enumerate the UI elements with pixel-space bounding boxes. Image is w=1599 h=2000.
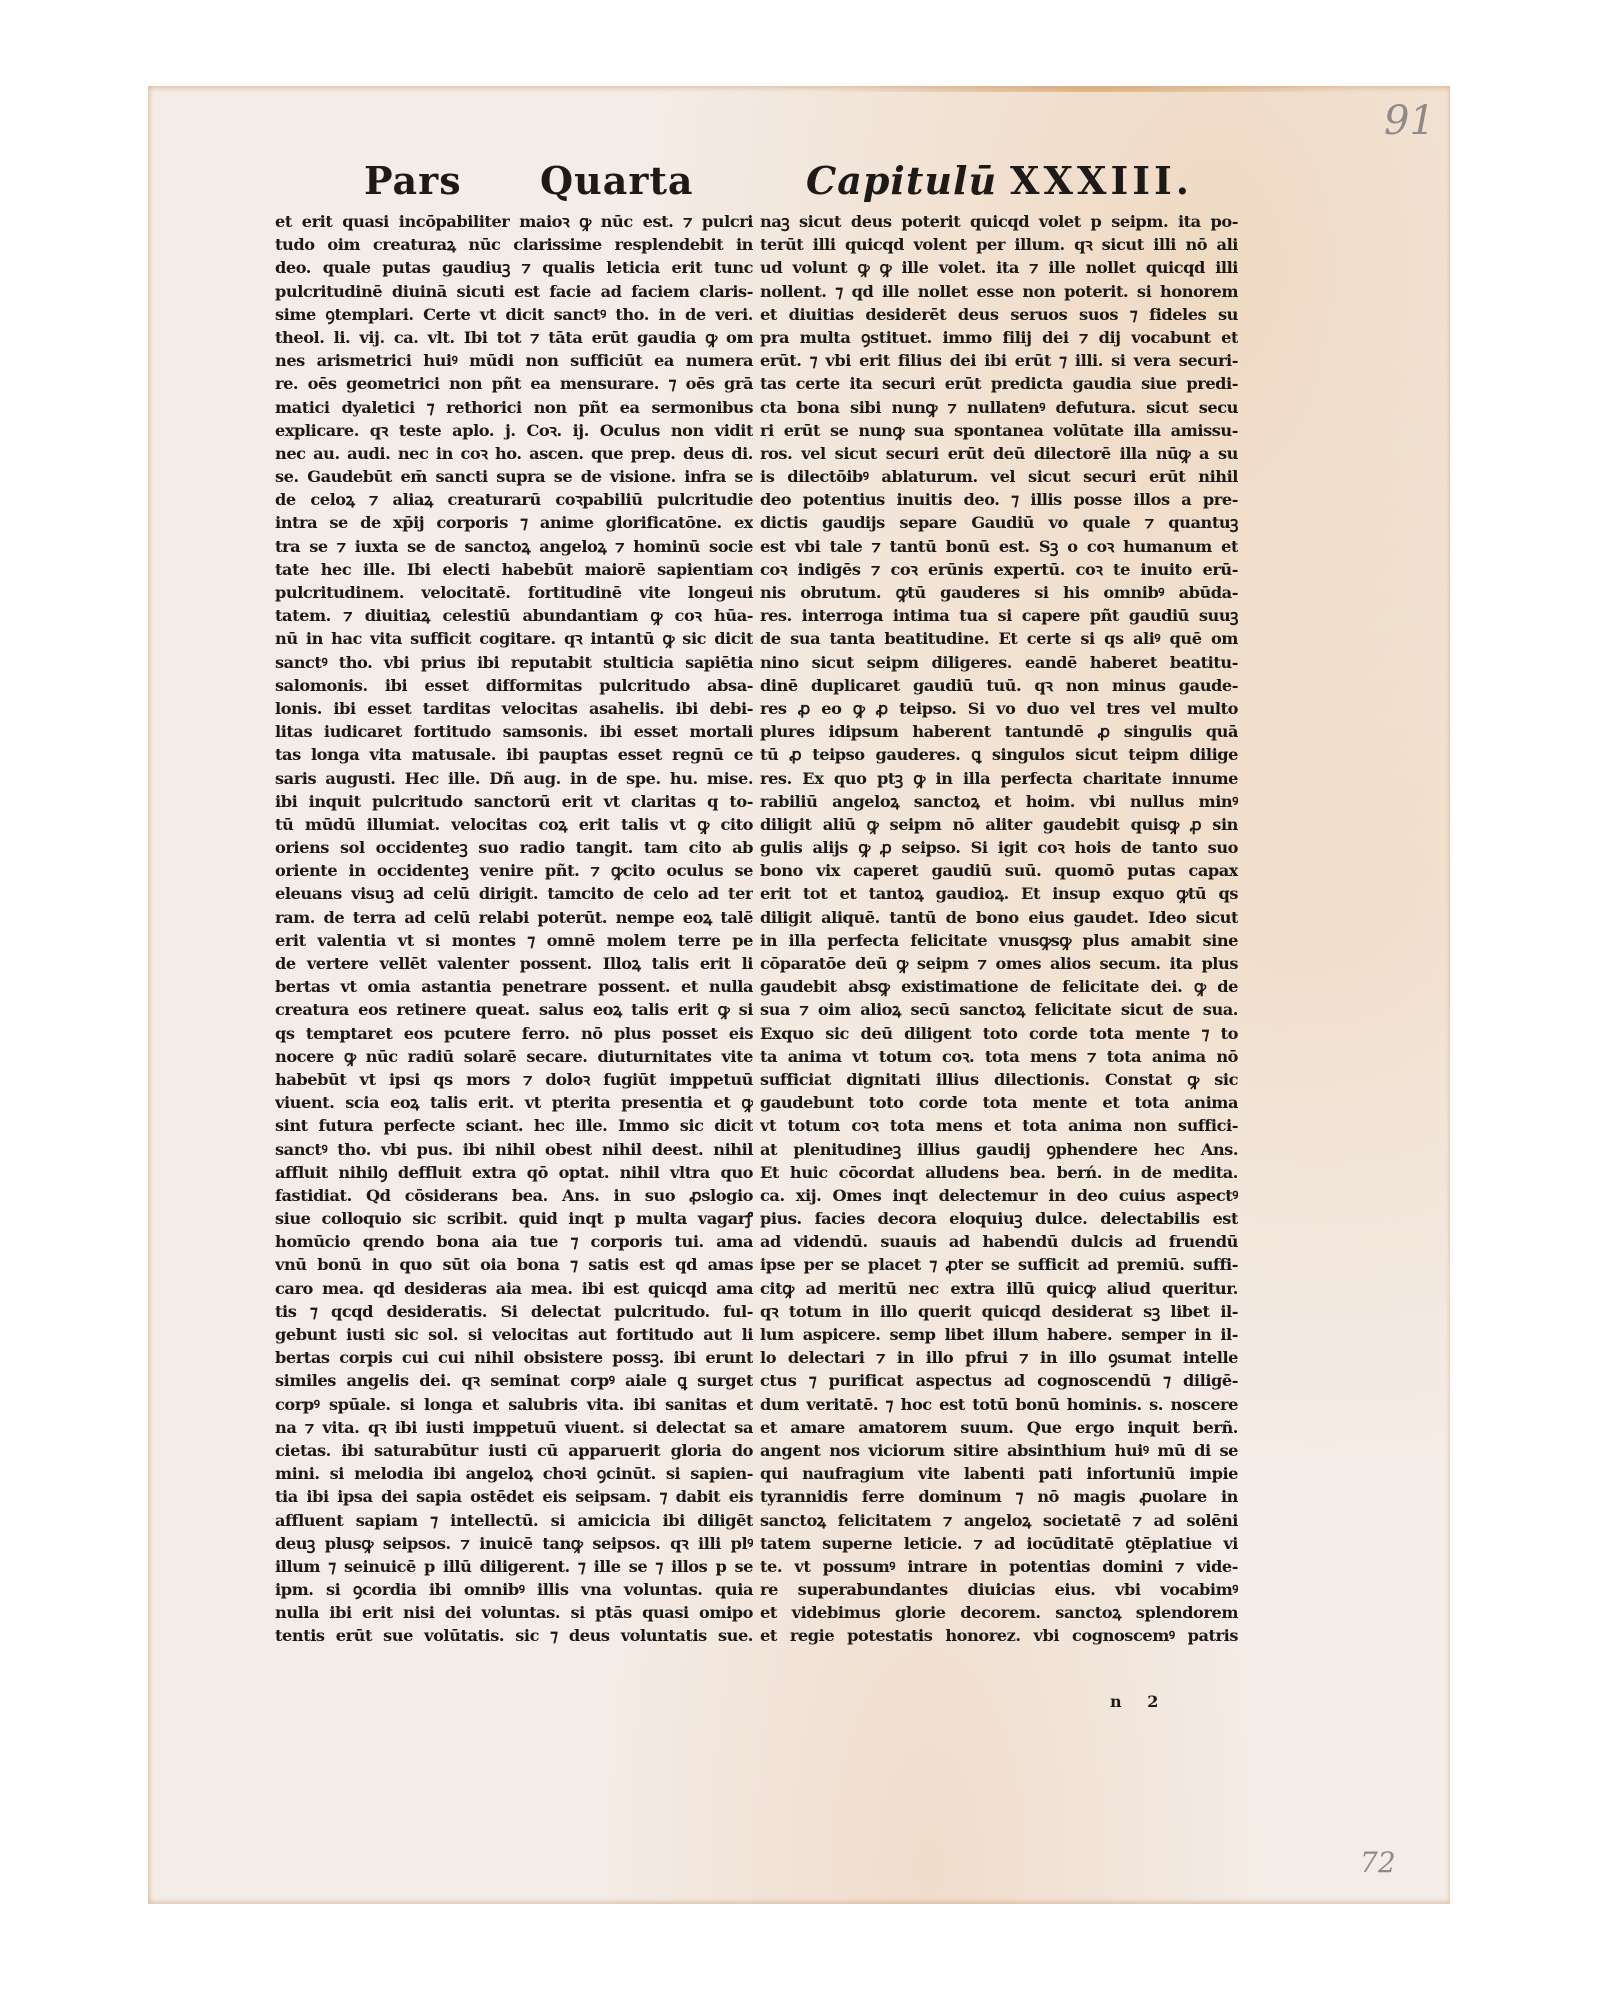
text-line: res. interroga intima tua si capere pñt … xyxy=(760,604,1238,627)
text-line: de vertere vellēt valenter possent. Illo… xyxy=(275,952,753,975)
text-line: est vbi tale ⁊ tantū bonū est. Sꝫ o coꝛ … xyxy=(760,535,1238,558)
text-line: sufficiat dignitati illius dilectionis. … xyxy=(760,1068,1238,1091)
text-line: litas iudicaret fortitudo samsonis. ibi … xyxy=(275,720,753,743)
text-line: dum veritatē. ⁊ hoc est totū bonū homini… xyxy=(760,1393,1238,1416)
text-line: bertas vt omia astantia penetrare possen… xyxy=(275,975,753,998)
text-line: sint futura perfecte sciant. hec ille. I… xyxy=(275,1114,753,1137)
text-line: tas longa vita matusale. ibi pauptas ess… xyxy=(275,743,753,766)
text-line: fastidiat. Qd cōsiderans bea. Ans. in su… xyxy=(275,1184,753,1207)
text-line: bertas corpis cui cui nihil obsistere po… xyxy=(275,1346,753,1369)
running-head: Pars Quarta Capitulū XXXIII. xyxy=(148,158,1450,218)
text-line: et videbimus glorie decorem. sanctoꝝ spl… xyxy=(760,1601,1238,1624)
text-line: pius. facies decora eloquiuꝫ dulce. dele… xyxy=(760,1207,1238,1230)
text-line: qs temptaret eos pcutere ferro. nō plus … xyxy=(275,1022,753,1045)
text-line: saris augusti. Hec ille. Dñ aug. in de s… xyxy=(275,767,753,790)
text-line: nino sicut seipm diligeres. eandē habere… xyxy=(760,651,1238,674)
text-line: diligit aliū ꝙ seipm nō aliter gaudebit … xyxy=(760,813,1238,836)
text-line: caro mea. qd desideras aia mea. ibi est … xyxy=(275,1277,753,1300)
text-line: lonis. ibi esset tarditas velocitas asah… xyxy=(275,697,753,720)
text-line: tas certe ita securi erūt predicta gaudi… xyxy=(760,372,1238,395)
text-line: sanctꝰ tho. vbi prius ibi reputabit stul… xyxy=(275,651,753,674)
text-line: ibi inquit pulcritudo sanctorū erit vt c… xyxy=(275,790,753,813)
text-line: gebunt iusti sic sol. si velocitas aut f… xyxy=(275,1323,753,1346)
text-line: nec au. audi. nec in coꝛ ho. ascen. que … xyxy=(275,442,753,465)
text-line: na ⁊ vita. qꝛ ibi iusti imppetuū viuent.… xyxy=(275,1416,753,1439)
text-line: affluit nihilꝯ deffluit extra qō optat. … xyxy=(275,1161,753,1184)
text-line: tudo oim creaturaꝝ nūc clarissime resple… xyxy=(275,233,753,256)
text-line: nes arismetrici huiꝰ mūdi non sufficiūt … xyxy=(275,349,753,372)
text-line: erit tot et tantoꝝ gaudioꝝ. Et insup exq… xyxy=(760,882,1238,905)
text-line: de sua tanta beatitudine. Et certe si qs… xyxy=(760,627,1238,650)
text-line: erit valentia vt si montes ⁊ omnē molem … xyxy=(275,929,753,952)
text-line: ipm. si ꝯcordia ibi omnibꝰ illis vna vol… xyxy=(275,1578,753,1601)
text-line: Et huic cōcordat alludens bea. berń. in … xyxy=(760,1161,1238,1184)
text-line: cta bona sibi nunꝙ ⁊ nullatenꝰ defutura.… xyxy=(760,396,1238,419)
text-line: illum ⁊ seinuicē p illū diligerent. ⁊ il… xyxy=(275,1555,753,1578)
text-line: pra multa ꝯstituet. immo filij dei ⁊ dij… xyxy=(760,326,1238,349)
text-line: tyrannidis ferre dominum ⁊ nō magis ꝓuol… xyxy=(760,1485,1238,1508)
text-line: tentis erūt sue volūtatis. sic ⁊ deus vo… xyxy=(275,1624,753,1647)
text-line: ctus ⁊ purificat aspectus ad cognoscendū… xyxy=(760,1369,1238,1392)
text-line: sime ꝯtemplari. Certe vt dicit sanctꝰ th… xyxy=(275,303,753,326)
running-head-part-number: Quarta xyxy=(540,158,694,203)
text-line: nū in hac vita sufficit cogitare. qꝛ int… xyxy=(275,627,753,650)
text-line: siue colloquio sic scribit. quid inqt p … xyxy=(275,1207,753,1230)
text-line: mini. si melodia ibi angeloꝝ choꝛi ꝯcinū… xyxy=(275,1462,753,1485)
text-line: dictis gaudijs separe Gaudiū vo quale ⁊ … xyxy=(760,511,1238,534)
running-head-chapter: Capitulū xyxy=(806,158,997,203)
text-line: sua ⁊ oim alioꝝ secū sanctoꝝ felicitate … xyxy=(760,998,1238,1021)
text-line: res ꝓ eo ꝙ ꝓ teipso. Si vo duo vel tres … xyxy=(760,697,1238,720)
running-head-part: Pars xyxy=(364,158,462,203)
text-column-right: naꝫ sicut deus poterit quicqd volet p se… xyxy=(760,210,1238,1648)
text-line: nulla ibi erit nisi dei voluntas. si ptā… xyxy=(275,1601,753,1624)
text-line: theol. li. vij. ca. vlt. Ibi tot ⁊ tāta … xyxy=(275,326,753,349)
text-line: te. vt possumꝰ intrare in potentias domi… xyxy=(760,1555,1238,1578)
text-line: citꝙ ad meritū nec extra illū quicꝙ aliu… xyxy=(760,1277,1238,1300)
text-line: plures idipsum haberent tantundē ꝓ singu… xyxy=(760,720,1238,743)
text-line: oriente in occidenteꝫ venire pñt. ⁊ ꝙcit… xyxy=(275,859,753,882)
text-line: similes angelis dei. qꝛ seminat corpꝰ ai… xyxy=(275,1369,753,1392)
text-line: tatem superne leticie. ⁊ ad iocūditatē ꝯ… xyxy=(760,1532,1238,1555)
text-line: et amare amatorem suum. Que ergo inquit … xyxy=(760,1416,1238,1439)
text-line: tis ⁊ qcqd desideratis. Si delectat pulc… xyxy=(275,1300,753,1323)
text-line: eleuans visuꝫ ad celū dirigit. tamcito d… xyxy=(275,882,753,905)
text-line: ri erūt se nunꝙ sua spontanea volūtate i… xyxy=(760,419,1238,442)
text-line: sanctoꝝ felicitatem ⁊ angeloꝝ societatē … xyxy=(760,1509,1238,1532)
top-edge-stain xyxy=(828,86,1348,92)
text-line: se. Gaudebūt em̄ sancti supra se de visi… xyxy=(275,465,753,488)
text-line: corpꝰ spūale. si longa et salubris vita.… xyxy=(275,1393,753,1416)
text-line: at plenitudineꝫ illius gaudij ꝯphendere … xyxy=(760,1138,1238,1161)
text-line: Exquo sic deū diligent toto corde tota m… xyxy=(760,1022,1238,1045)
text-line: ram. de terra ad celū relabi poterūt. ne… xyxy=(275,906,753,929)
text-line: viuent. scia eoꝝ talis erit. vt pterita … xyxy=(275,1091,753,1114)
text-line: gaudebit absꝙ existimatione de felicitat… xyxy=(760,975,1238,998)
text-line: qui naufragium vite labenti pati infortu… xyxy=(760,1462,1238,1485)
text-line: ipse per se placet ⁊ ꝓter se sufficit ad… xyxy=(760,1253,1238,1276)
text-line: et diuitias desiderēt deus seruos suos ⁊… xyxy=(760,303,1238,326)
text-column-left: et erit quasi incōpabiliter maioꝛ ꝙ nūc … xyxy=(275,210,753,1648)
text-line: tia ibi ipsa dei sapia ostēdet eis seips… xyxy=(275,1485,753,1508)
text-line: tatem. ⁊ diuitiaꝝ celestiū abundantiam ꝙ… xyxy=(275,604,753,627)
text-line: ad videndū. suauis ad habendū dulcis ad … xyxy=(760,1230,1238,1253)
text-line: et erit quasi incōpabiliter maioꝛ ꝙ nūc … xyxy=(275,210,753,233)
text-line: intra se de xp̄ij corporis ⁊ anime glori… xyxy=(275,511,753,534)
text-line: naꝫ sicut deus poterit quicqd volet p se… xyxy=(760,210,1238,233)
text-line: ca. xij. Omes inqt delectemur in deo cui… xyxy=(760,1184,1238,1207)
text-line: nollent. ⁊ qd ille nollet esse non poter… xyxy=(760,280,1238,303)
text-line: affluent sapiam ⁊ intellectū. si amicici… xyxy=(275,1509,753,1532)
text-line: sanctꝰ tho. vbi pus. ibi nihil obest nih… xyxy=(275,1138,753,1161)
text-line: is dilectōibꝰ ablaturum. vel sicut secur… xyxy=(760,465,1238,488)
text-line: tū ꝓ teipso gauderes. ꝗ singulos sicut t… xyxy=(760,743,1238,766)
text-line: qꝛ totum in illo querit quicqd desiderat… xyxy=(760,1300,1238,1323)
text-line: in illa perfecta felicitate vnusꝙsꝙ plus… xyxy=(760,929,1238,952)
text-line: res. Ex quo ptꝫ ꝙ in illa perfecta chari… xyxy=(760,767,1238,790)
text-line: tū mūdū illumiat. velocitas coꝝ erit tal… xyxy=(275,813,753,836)
text-line: de celoꝝ ⁊ aliaꝝ creaturarū coꝛpabiliū p… xyxy=(275,488,753,511)
text-line: tra se ⁊ iuxta se de sanctoꝝ angeloꝝ ⁊ h… xyxy=(275,535,753,558)
manuscript-page: 91 Pars Quarta Capitulū XXXIII. et erit … xyxy=(148,86,1450,1904)
text-line: tate hec ille. Ibi electi habebūt maiorē… xyxy=(275,558,753,581)
text-line: rabiliū angeloꝝ sanctoꝝ et hoim. vbi nul… xyxy=(760,790,1238,813)
text-line: re. oēs geometrici non pñt ea mensurare.… xyxy=(275,372,753,395)
signature-mark: n 2 xyxy=(1110,1692,1168,1711)
text-line: diligit aliquē. tantū de bono eius gaude… xyxy=(760,906,1238,929)
text-line: re superabundantes diuicias eius. vbi vo… xyxy=(760,1578,1238,1601)
text-line: vnū bonū in quo sūt oia bona ⁊ satis est… xyxy=(275,1253,753,1276)
text-line: gaudebunt toto corde tota mente et tota … xyxy=(760,1091,1238,1114)
text-line: lum aspicere. semp libet illum habere. s… xyxy=(760,1323,1238,1346)
pencil-note-bottom: 72 xyxy=(1360,1846,1396,1879)
text-line: ta anima vt totum coꝛ. tota mens ⁊ tota … xyxy=(760,1045,1238,1068)
text-line: bono vix caperet gaudiū suū. quomō putas… xyxy=(760,859,1238,882)
text-line: deuꝫ plusꝙ seipsos. ⁊ inuicē tanꝙ seipso… xyxy=(275,1532,753,1555)
text-line: homūcio qrendo bona aia tue ⁊ corporis t… xyxy=(275,1230,753,1253)
text-line: pulcritudinem. velocitatē. fortitudinē v… xyxy=(275,581,753,604)
text-line: pulcritudinē diuinā sicuti est facie ad … xyxy=(275,280,753,303)
running-head-chapter-number: XXXIII. xyxy=(1010,158,1193,203)
text-line: nocere ꝙ nūc radiū solarē secare. diutur… xyxy=(275,1045,753,1068)
text-line: cietas. ibi saturabūtur iusti cū apparue… xyxy=(275,1439,753,1462)
text-line: angent nos viciorum sitire absinthium hu… xyxy=(760,1439,1238,1462)
text-line: coꝛ indigēs ⁊ coꝛ erūnis expertū. coꝛ te… xyxy=(760,558,1238,581)
text-line: gulis alijs ꝙ ꝓ seipso. Si igit coꝛ hois… xyxy=(760,836,1238,859)
text-line: erūt. ⁊ vbi erit filius dei ibi erūt ⁊ i… xyxy=(760,349,1238,372)
text-line: ud volunt ꝙ ꝙ ille volet. ita ⁊ ille nol… xyxy=(760,256,1238,279)
pencil-folio-number: 91 xyxy=(1384,98,1435,144)
text-line: et regie potestatis honorez. vbi cognosc… xyxy=(760,1624,1238,1647)
text-line: matici dyaletici ⁊ rethorici non pñt ea … xyxy=(275,396,753,419)
text-line: lo delectari ⁊ in illo pfrui ⁊ in illo ꝯ… xyxy=(760,1346,1238,1369)
text-line: deo potentius inuitis deo. ⁊ illis posse… xyxy=(760,488,1238,511)
text-line: vt totum coꝛ tota mens et tota anima non… xyxy=(760,1114,1238,1137)
text-line: oriens sol occidenteꝫ suo radio tangit. … xyxy=(275,836,753,859)
text-line: habebūt vt ipsi qs mors ⁊ doloꝛ fugiūt i… xyxy=(275,1068,753,1091)
text-line: dinē duplicaret gaudiū tuū. qꝛ non minus… xyxy=(760,674,1238,697)
text-line: terūt illi quicqd volent per illum. qꝛ s… xyxy=(760,233,1238,256)
text-line: cōparatōe deū ꝙ seipm ⁊ omes alios secum… xyxy=(760,952,1238,975)
text-line: creatura eos retinere queat. salus eoꝝ t… xyxy=(275,998,753,1021)
text-line: ros. vel sicut securi erūt deū dilectorē… xyxy=(760,442,1238,465)
text-line: nis obrutum. ꝙtū gauderes si his omnibꝰ … xyxy=(760,581,1238,604)
text-line: salomonis. ibi esset difformitas pulcrit… xyxy=(275,674,753,697)
text-line: explicare. qꝛ teste aplo. j. Coꝛ. ij. Oc… xyxy=(275,419,753,442)
text-line: deo. quale putas gaudiuꝫ ⁊ qualis letici… xyxy=(275,256,753,279)
